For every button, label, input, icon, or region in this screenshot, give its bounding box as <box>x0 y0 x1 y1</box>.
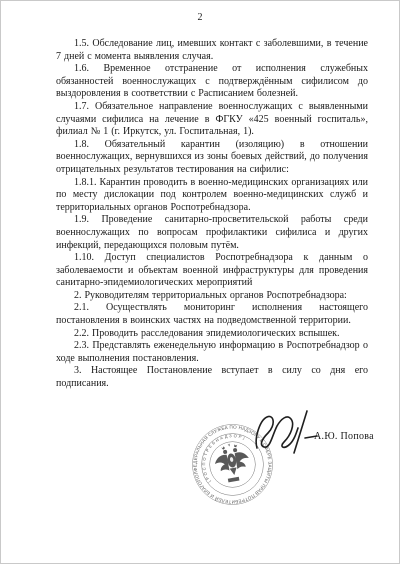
signatory-name: А.Ю. Попова <box>314 431 374 442</box>
paragraph: 3. Настоящее Постановление вступает в си… <box>56 365 368 390</box>
paragraph: 1.10. Доступ специалистов Роспотребнадзо… <box>56 252 368 290</box>
paragraph: 1.8.1. Карантин проводить в военно-медиц… <box>56 177 368 215</box>
page-number: 2 <box>1 12 399 23</box>
paragraph: 1.7. Обязательное направление военнослуж… <box>56 101 368 139</box>
paragraph: 1.6. Временное отстранение от исполнения… <box>56 63 368 101</box>
document-page: 2 1.5. Обследование лиц, имевших контакт… <box>0 0 400 564</box>
paragraph: 1.9. Проведение санитарно-просветительск… <box>56 214 368 252</box>
paragraph: 2.3. Представлять еженедельную информаци… <box>56 340 368 365</box>
paragraph: 2.2. Проводить расследования эпидемиолог… <box>56 328 368 341</box>
paragraph: 1.5. Обследование лиц, имевших контакт с… <box>56 38 368 63</box>
paragraph: 2.1. Осуществлять мониторинг исполнения … <box>56 302 368 327</box>
document-body: 1.5. Обследование лиц, имевших контакт с… <box>56 38 368 391</box>
paragraph: 2. Руководителям территориальных органов… <box>56 290 368 303</box>
seal-number-box <box>228 477 240 483</box>
paragraph: 1.8. Обязательный карантин (изоляцию) в … <box>56 139 368 177</box>
